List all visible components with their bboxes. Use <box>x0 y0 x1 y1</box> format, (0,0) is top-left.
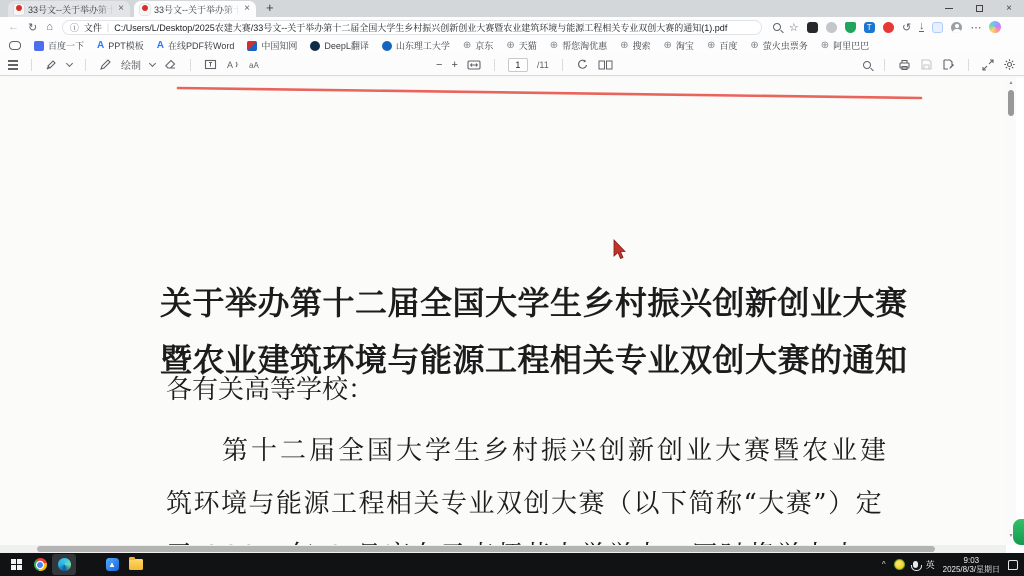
divider <box>494 59 495 71</box>
folder-icon <box>129 559 143 570</box>
bookmark-label: 山东理工大学 <box>396 39 450 52</box>
file-path-text: C:/Users/L/Desktop/2025农建大赛/33号文--关于举办第十… <box>114 21 754 34</box>
bookmark-deepl[interactable]: DeepL翻译 <box>310 39 369 52</box>
pdf-favicon <box>14 4 24 15</box>
globe-icon: ⊕ <box>550 41 558 51</box>
divider <box>562 59 563 71</box>
globe-icon: ⊕ <box>506 41 514 51</box>
globe-icon: ⊕ <box>620 41 628 51</box>
extension-icon-red-badge[interactable] <box>883 22 894 33</box>
extension-icon-gray[interactable] <box>826 22 837 33</box>
bookmark-label: 淘宝 <box>676 39 694 52</box>
vertical-scrollbar-thumb[interactable] <box>1008 90 1014 116</box>
settings-menu-icon[interactable]: ⋯ <box>970 21 981 34</box>
bookmark-label: 搜索 <box>633 39 651 52</box>
taskbar-edge-active[interactable] <box>52 554 76 575</box>
horizontal-scrollbar-thumb[interactable] <box>37 546 935 552</box>
bookmark-label: 阿里巴巴 <box>833 39 869 52</box>
zoom-in-icon[interactable]: + <box>451 59 457 71</box>
bookmark-label: 帮您淘优惠 <box>562 39 607 52</box>
maximize-icon <box>976 5 983 12</box>
bookmark-label: 京东 <box>475 39 493 52</box>
divider: | <box>107 22 109 32</box>
blue-app-icon: ▲ <box>106 558 119 571</box>
bookmark-taobao[interactable]: ⊕ 淘宝 <box>664 39 694 52</box>
document-title-line1: 关于举办第十二届全国大学生乡村振兴创新创业大赛 <box>160 278 906 324</box>
bookmark-label: 天猫 <box>519 39 537 52</box>
tray-time: 9:03 <box>964 556 980 565</box>
search-icon[interactable] <box>863 61 871 69</box>
extension-icon-shield[interactable] <box>845 22 856 33</box>
globe-icon: ⊕ <box>664 41 672 51</box>
zoom-out-icon[interactable]: − <box>436 59 442 71</box>
bookmark-label: 在线PDF转Word <box>168 39 234 52</box>
divider <box>968 59 969 71</box>
notification-center-icon[interactable] <box>1008 560 1018 570</box>
tray-app-icon[interactable] <box>894 559 905 570</box>
bookmark-label: 萤火虫票务 <box>763 39 808 52</box>
mouse-cursor <box>612 239 628 261</box>
file-scheme-label: 文件 <box>84 21 102 34</box>
red-annotation-line <box>0 77 1006 117</box>
draw-pen-icon[interactable] <box>99 58 112 71</box>
windows-taskbar: ▲ ^ 英 9:03 2025/8/3/星期日 <box>0 553 1024 576</box>
taskbar-file-explorer[interactable] <box>124 554 148 575</box>
browser-essentials-icon[interactable] <box>932 22 943 33</box>
minimize-button[interactable] <box>934 0 964 17</box>
document-salutation: 各有关高等学校： <box>166 369 374 406</box>
tab-pdf-1[interactable]: 33号文--关于举办第十二届全国大 × <box>8 1 130 17</box>
horizontal-scrollbar[interactable] <box>0 545 1006 553</box>
maximize-button[interactable] <box>964 0 994 17</box>
taskbar-app-blue[interactable]: ▲ <box>100 554 124 575</box>
page-view-icon[interactable] <box>598 59 613 71</box>
edge-icon <box>58 558 71 571</box>
bookmark-tmall[interactable]: ⊕ 天猫 <box>506 39 536 52</box>
fit-to-width-icon[interactable] <box>467 59 481 71</box>
highlighter-icon[interactable] <box>45 58 58 71</box>
bookmark-search[interactable]: ⊕ 搜索 <box>620 39 650 52</box>
history-icon[interactable]: ↻ <box>902 21 911 34</box>
bookmark-firefly[interactable]: ⊕ 萤火虫票务 <box>750 39 807 52</box>
address-bar-actions: ☆ T ↻ ↓ ⋯ <box>773 21 1002 34</box>
pdf-toolbar: 绘制 A aA − + /11 <box>0 54 1024 76</box>
vertical-scrollbar[interactable]: ▲ ▼ <box>1006 77 1016 545</box>
save-icon[interactable] <box>920 58 933 71</box>
bookmark-baidu-search[interactable]: 百度一下 <box>34 39 84 52</box>
profile-avatar[interactable] <box>951 22 962 33</box>
pdf-favicon <box>140 4 150 15</box>
downloads-icon[interactable]: ↓ <box>919 22 925 32</box>
globe-icon: ⊕ <box>463 41 471 51</box>
print-icon[interactable] <box>898 58 911 71</box>
bookmark-jd[interactable]: ⊕ 京东 <box>463 39 493 52</box>
add-text-icon[interactable] <box>204 58 217 71</box>
tray-date: 2025/8/3/星期日 <box>943 565 1000 574</box>
scroll-up-icon[interactable]: ▲ <box>1006 80 1016 86</box>
document-paragraph-line: 第十二届全国大学生乡村振兴创新创业大赛暨农业建 <box>222 430 889 467</box>
windows-logo-icon <box>11 559 22 570</box>
bookmark-alibaba[interactable]: ⊕ 阿里巴巴 <box>821 39 869 52</box>
bookmark-taoyouhui[interactable]: ⊕ 帮您淘优惠 <box>550 39 607 52</box>
divider <box>31 59 32 71</box>
bookmark-baidu[interactable]: ⊕ 百度 <box>707 39 737 52</box>
university-icon <box>382 41 392 51</box>
cnki-icon <box>247 41 257 51</box>
close-icon[interactable]: × <box>118 4 124 14</box>
tab-pdf-2-active[interactable]: 33号文--关于举办第十二届全国大 × <box>134 1 256 17</box>
extension-icon-dark[interactable] <box>807 22 818 33</box>
svg-text:A: A <box>227 60 233 70</box>
close-icon[interactable]: × <box>244 4 250 14</box>
globe-icon: ⊕ <box>707 41 715 51</box>
extension-icon-blue[interactable]: T <box>864 22 875 33</box>
minimize-icon <box>945 8 953 9</box>
letter-a-icon: A <box>157 40 164 51</box>
baidu-icon <box>34 41 44 51</box>
svg-text:aA: aA <box>249 61 259 70</box>
new-tab-button[interactable]: + <box>266 0 274 15</box>
tab-title: 33号文--关于举办第十二届全国大 <box>28 3 114 16</box>
tab-title: 33号文--关于举办第十二届全国大 <box>154 3 240 16</box>
text-size-icon[interactable]: aA <box>249 58 265 71</box>
bookmark-label: 中国知网 <box>261 39 297 52</box>
chrome-icon <box>34 558 47 571</box>
refresh-icon[interactable]: ↻ <box>28 21 37 34</box>
globe-icon: ⊕ <box>821 41 829 51</box>
info-icon[interactable]: ⓘ <box>70 21 79 34</box>
ime-indicator[interactable]: 英 <box>926 558 935 571</box>
browser-tab-bar: 33号文--关于举办第十二届全国大 × 33号文--关于举办第十二届全国大 × … <box>0 0 1024 17</box>
table-of-contents-icon[interactable] <box>8 60 18 62</box>
address-bar: ← ↻ ⌂ ⓘ 文件 | C:/Users/L/Desktop/2025农建大赛… <box>0 17 1024 37</box>
home-icon[interactable]: ⌂ <box>46 21 53 33</box>
back-icon[interactable]: ← <box>8 21 19 33</box>
fullscreen-icon[interactable] <box>982 59 994 71</box>
bookmark-pdf2word[interactable]: A 在线PDF转Word <box>157 39 235 52</box>
deepl-icon <box>310 41 320 51</box>
floating-widget[interactable] <box>1013 519 1024 545</box>
letter-a-icon: A <box>97 40 104 51</box>
chevron-down-icon[interactable] <box>149 59 156 66</box>
chevron-down-icon[interactable] <box>66 59 73 66</box>
globe-icon: ⊕ <box>750 41 758 51</box>
divider <box>190 59 191 71</box>
divider <box>884 59 885 71</box>
save-as-icon[interactable] <box>942 58 955 71</box>
window-controls: × <box>934 0 1024 17</box>
document-paragraph-line-clipped: 于 2025 年 8 月底在云南师范大学举办，同时将举办大 <box>166 535 860 545</box>
window-close-button[interactable]: × <box>994 0 1024 17</box>
bookmark-label: 百度 <box>719 39 737 52</box>
bookmark-sdut[interactable]: 山东理工大学 <box>382 39 450 52</box>
system-tray: ^ 英 9:03 2025/8/3/星期日 <box>882 556 1024 574</box>
zoom-level-icon[interactable] <box>773 23 781 31</box>
collections-icon[interactable] <box>9 41 21 50</box>
clock[interactable]: 9:03 2025/8/3/星期日 <box>943 556 1000 574</box>
eraser-icon[interactable] <box>164 58 177 71</box>
bookmark-label: PPT模板 <box>108 39 144 52</box>
page-total-label: /11 <box>537 60 549 70</box>
read-aloud-icon[interactable]: A <box>226 58 240 71</box>
document-paragraph-line: 筑环境与能源工程相关专业双创大赛（以下简称“大赛”）定 <box>166 483 883 520</box>
hidden-icons-chevron[interactable]: ^ <box>882 560 886 569</box>
bookmark-ppt-template[interactable]: A PPT模板 <box>97 39 144 52</box>
pdf-page[interactable]: 关于举办第十二届全国大学生乡村振兴创新创业大赛 暨农业建筑环境与能源工程相关专业… <box>0 77 1006 545</box>
draw-label[interactable]: 绘制 <box>121 57 141 72</box>
microphone-icon[interactable] <box>913 561 918 568</box>
copilot-icon[interactable] <box>989 21 1001 33</box>
start-button[interactable] <box>4 554 28 575</box>
bookmark-label: DeepL翻译 <box>324 39 369 52</box>
bookmarks-bar: 百度一下 A PPT模板 A 在线PDF转Word 中国知网 DeepL翻译 山… <box>0 37 1024 54</box>
divider <box>85 59 86 71</box>
url-field[interactable]: ⓘ 文件 | C:/Users/L/Desktop/2025农建大赛/33号文-… <box>62 20 762 35</box>
gear-icon[interactable] <box>1003 58 1016 71</box>
page-number-input[interactable] <box>508 58 528 72</box>
bookmark-label: 百度一下 <box>48 39 84 52</box>
bookmark-cnki[interactable]: 中国知网 <box>247 39 297 52</box>
taskbar-chrome[interactable] <box>28 554 52 575</box>
favorite-star-icon[interactable]: ☆ <box>789 21 799 34</box>
profile-badge <box>960 22 962 24</box>
rotate-icon[interactable] <box>576 58 589 71</box>
